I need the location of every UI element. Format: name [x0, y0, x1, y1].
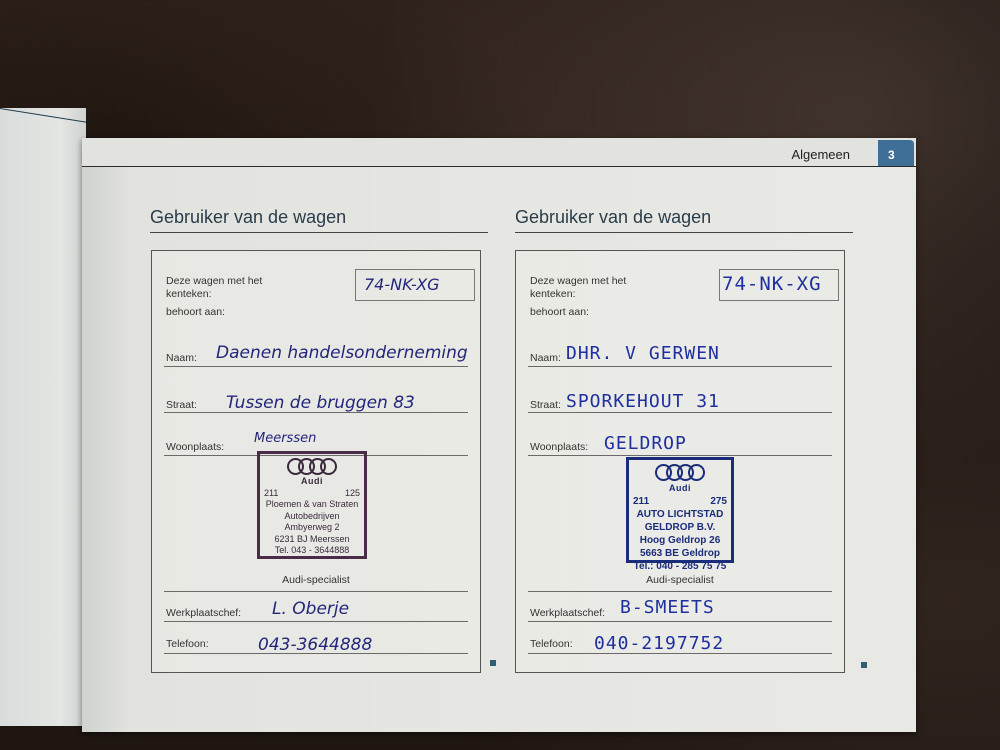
street-line	[164, 412, 468, 413]
belongs-label: behoort aan:	[166, 306, 225, 318]
stamp-line: 5663 BE Geldrop	[629, 547, 731, 560]
stamp-line: Ambyerweg 2	[260, 522, 364, 534]
phone-label: Telefoon:	[530, 638, 573, 650]
stamp-code-left: 211	[264, 488, 278, 500]
phone-value: 040-2197752	[594, 633, 724, 654]
workshop-chief-line	[528, 621, 832, 622]
intro-label: Deze wagen met het	[530, 275, 626, 287]
plate-value: 74-NK-XG	[722, 273, 822, 295]
audi-rings-icon	[629, 464, 731, 481]
name-value: Daenen handelsonderneming	[216, 343, 468, 363]
specialist-line	[164, 591, 468, 592]
plate-value: 74-NK-XG	[364, 275, 440, 294]
phone-label: Telefoon:	[166, 638, 209, 650]
dealer-stamp: Audi 211125 Ploemen & van Straten Autobe…	[257, 451, 367, 559]
name-label: Naam:	[530, 352, 561, 364]
plate-label: kenteken:	[530, 288, 576, 300]
name-label: Naam:	[166, 352, 197, 364]
audi-rings-icon	[260, 458, 364, 475]
city-line	[528, 455, 832, 456]
street-value: SPORKEHOUT 31	[566, 391, 720, 412]
name-value: DHR. V GERWEN	[566, 343, 720, 364]
city-value: Meerssen	[254, 431, 316, 446]
phone-line	[528, 653, 832, 654]
city-label: Woonplaats:	[166, 441, 224, 453]
owner-form-left: Deze wagen met het kenteken: behoort aan…	[151, 250, 481, 673]
stamp-code-right: 125	[345, 488, 360, 500]
end-marker-icon	[861, 662, 867, 668]
city-label: Woonplaats:	[530, 441, 588, 453]
phone-line	[164, 653, 468, 654]
phone-value: 043-3644888	[258, 635, 372, 655]
city-value: GELDROP	[604, 433, 687, 454]
stamp-line: Hoog Geldrop 26	[629, 534, 731, 547]
specialist-label: Audi-specialist	[152, 574, 480, 586]
dealer-stamp: Audi 211275 AUTO LICHTSTAD GELDROP B.V. …	[626, 457, 734, 563]
workshop-chief-label: Werkplaatschef:	[166, 607, 241, 619]
page-header: Algemeen 3	[82, 138, 916, 167]
stamp-line: Ploemen & van Straten	[260, 499, 364, 511]
stamp-code-right: 275	[710, 495, 727, 508]
stamp-line: Autobedrijven	[260, 511, 364, 523]
intro-label: Deze wagen met het	[166, 275, 262, 287]
stamp-line: GELDROP B.V.	[629, 521, 731, 534]
column-title-right: Gebruiker van de wagen	[515, 207, 853, 233]
workshop-chief-value: L. Oberje	[272, 599, 349, 619]
workshop-chief-label: Werkplaatschef:	[530, 607, 605, 619]
belongs-label: behoort aan:	[530, 306, 589, 318]
stamp-code-left: 211	[633, 495, 649, 508]
column-title-left: Gebruiker van de wagen	[150, 207, 488, 233]
plate-field[interactable]: 74-NK-XG	[719, 269, 839, 301]
end-marker-icon	[490, 660, 496, 666]
specialist-label: Audi-specialist	[516, 574, 844, 586]
page-number-tab: 3	[878, 140, 914, 166]
section-title: Algemeen	[791, 147, 850, 162]
stamp-brand: Audi	[260, 476, 364, 488]
stamp-line: 6231 BJ Meerssen	[260, 534, 364, 546]
plate-label: kenteken:	[166, 288, 212, 300]
street-label: Straat:	[530, 399, 561, 411]
stamp-line: AUTO LICHTSTAD	[629, 508, 731, 521]
left-page-edge	[0, 108, 86, 726]
stamp-brand: Audi	[629, 482, 731, 495]
street-label: Straat:	[166, 399, 197, 411]
street-value: Tussen de bruggen 83	[226, 393, 415, 413]
stamp-line: Tel. 043 - 3644888	[260, 545, 364, 557]
booklet-page: Algemeen 3 Gebruiker van de wagen Deze w…	[82, 138, 916, 732]
plate-field[interactable]: 74-NK-XG	[355, 269, 475, 301]
name-line	[164, 366, 468, 367]
specialist-line	[528, 591, 832, 592]
stamp-line: Tel.: 040 - 285 75 75	[629, 560, 731, 573]
workshop-chief-value: B-SMEETS	[620, 597, 715, 618]
owner-form-right: Deze wagen met het kenteken: behoort aan…	[515, 250, 845, 673]
street-line	[528, 412, 832, 413]
workshop-chief-line	[164, 621, 468, 622]
name-line	[528, 366, 832, 367]
